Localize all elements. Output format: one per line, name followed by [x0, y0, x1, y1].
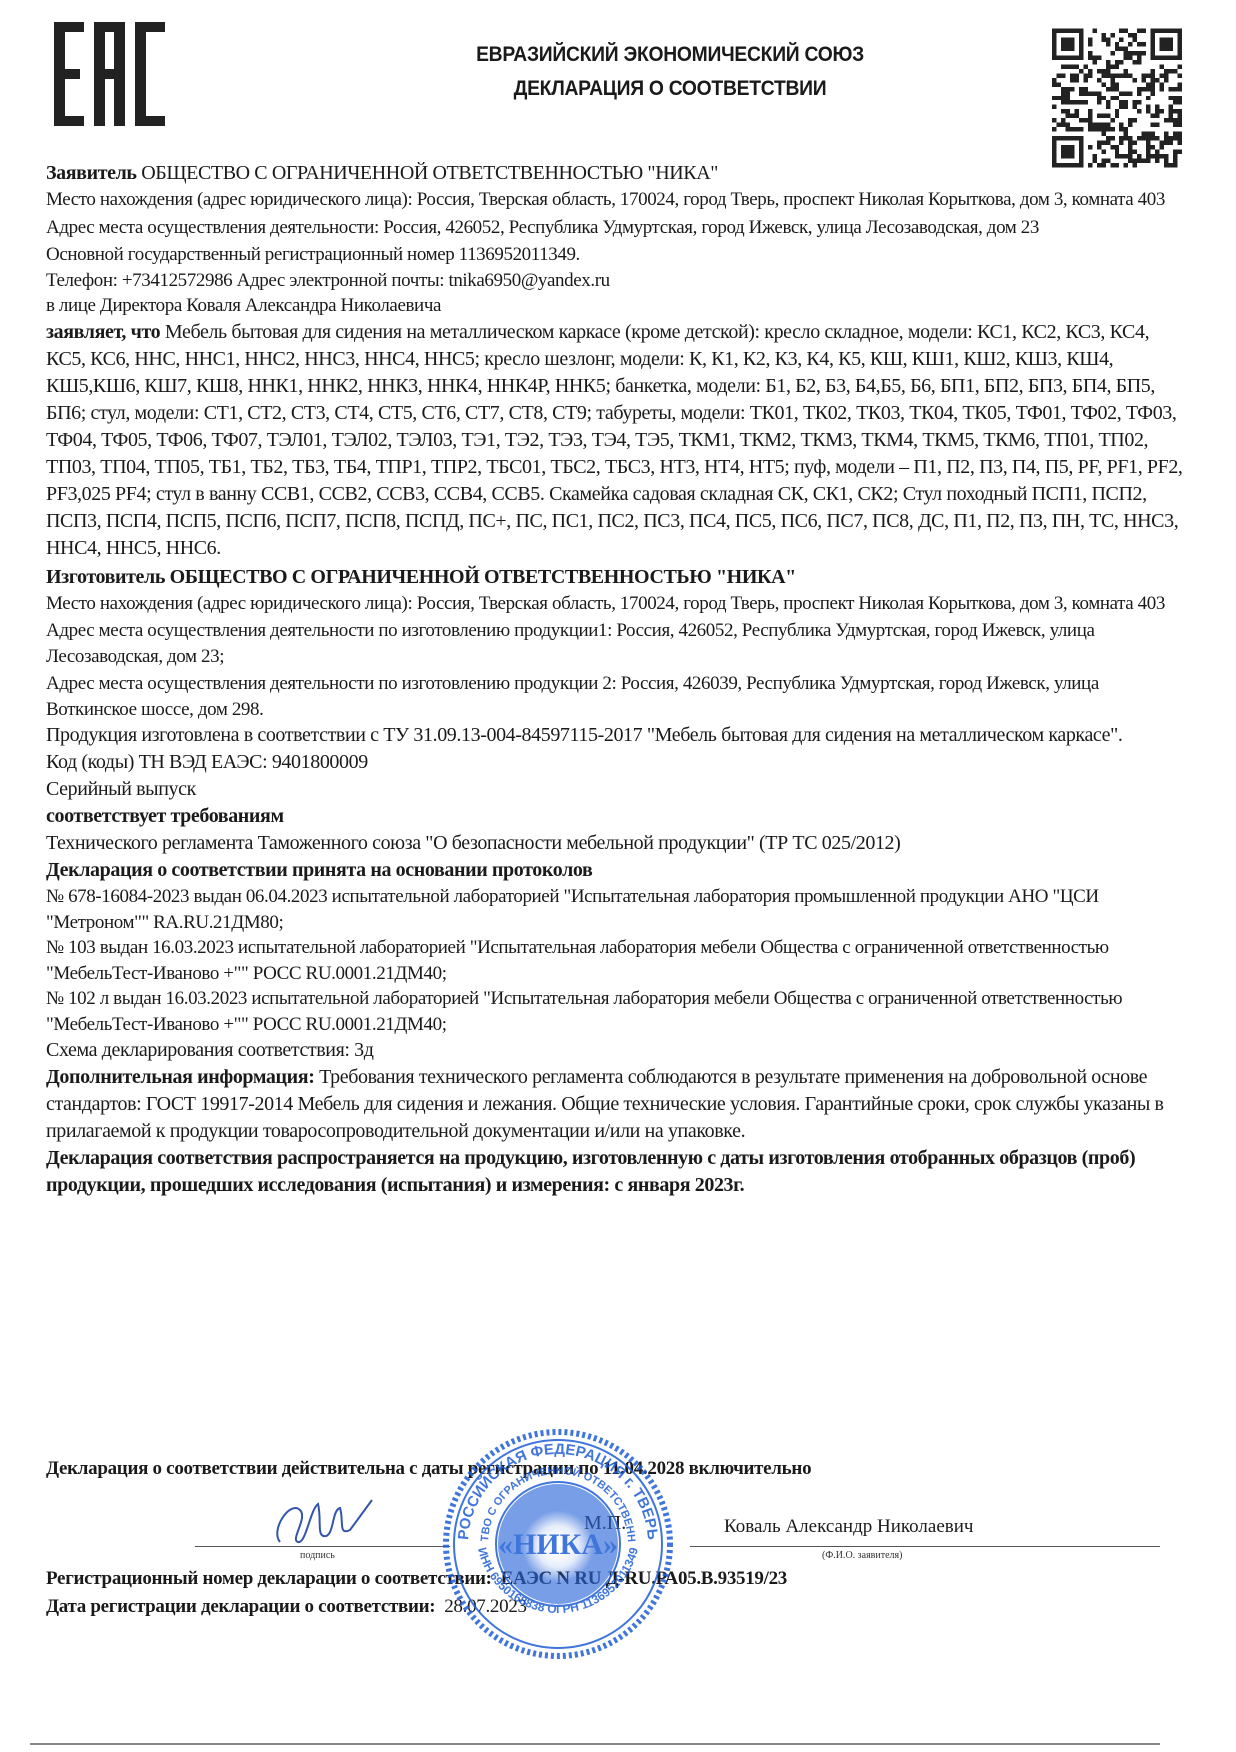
protocol-item: № 678-16084-2023 выдан 06.04.2023 испыта…	[46, 884, 1186, 935]
header-title-line2: ДЕКЛАРАЦИЯ О СООТВЕТСТВИИ	[385, 72, 955, 106]
manufacturer-legal-address: Место нахождения (адрес юридического лиц…	[46, 591, 1186, 617]
protocols-label: Декларация о соответствии принята на осн…	[46, 857, 1186, 884]
declaration-scheme: Схема декларирования соответствия: 3д	[46, 1037, 1186, 1064]
applicant-legal-address: Место нахождения (адрес юридического лиц…	[46, 187, 1186, 213]
manufacturer-production-address-1: Адрес места осуществления деятельности п…	[46, 618, 1186, 669]
signature-icon	[260, 1490, 390, 1550]
additional-info-label: Дополнительная информация:	[46, 1066, 314, 1088]
bottom-rule	[30, 1743, 1160, 1745]
product-release-type: Серийный выпуск	[46, 776, 1186, 803]
manufacturer-label: Изготовитель	[46, 566, 165, 588]
conformity-label: соответствует требованиям	[46, 803, 1186, 830]
applicant-label: Заявитель	[46, 162, 137, 184]
declaration-page: ЕВРАЗИЙСКИЙ ЭКОНОМИЧЕСКИЙ СОЮЗ ДЕКЛАРАЦИ…	[0, 0, 1236, 1752]
declared-products: Мебель бытовая для сидения на металличес…	[46, 321, 1183, 559]
applicant-ogrn: Основной государственный регистрационный…	[46, 242, 1186, 268]
declares-label: заявляет, что	[46, 321, 160, 343]
manufacturer-name: ОБЩЕСТВО С ОГРАНИЧЕННОЙ ОТВЕТСТВЕННОСТЬЮ…	[170, 566, 796, 588]
header-title-line1: ЕВРАЗИЙСКИЙ ЭКОНОМИЧЕСКИЙ СОЮЗ	[385, 38, 955, 72]
product-standard: Продукция изготовлена в соответствии с Т…	[46, 722, 1186, 749]
protocol-item: № 103 выдан 16.03.2023 испытательной лаб…	[46, 935, 1186, 986]
product-hs-code: Код (коды) ТН ВЭД ЕАЭС: 9401800009	[46, 749, 1186, 776]
signer-line	[690, 1546, 1160, 1547]
registration-number-label: Регистрационный номер декларации о соотв…	[46, 1568, 492, 1589]
declaration-scope: Декларация соответствия распространяется…	[46, 1145, 1186, 1199]
applicant-name: ОБЩЕСТВО С ОГРАНИЧЕННОЙ ОТВЕТСТВЕННОСТЬЮ…	[141, 162, 718, 184]
validity-statement: Декларация о соответствии действительна …	[46, 1458, 811, 1480]
eac-logo-icon	[50, 22, 170, 126]
applicant-represented-by: в лице Директора Коваля Александра Никол…	[46, 293, 1186, 319]
applicant-contacts: Телефон: +73412572986 Адрес электронной …	[46, 268, 1186, 294]
svg-text:«НИКА»: «НИКА»	[498, 1528, 618, 1561]
signer-caption: (Ф.И.О. заявителя)	[822, 1550, 902, 1561]
manufacturer-production-address-2: Адрес места осуществления деятельности п…	[46, 671, 1186, 722]
signature-caption: подпись	[300, 1550, 335, 1561]
document-header: ЕВРАЗИЙСКИЙ ЭКОНОМИЧЕСКИЙ СОЮЗ ДЕКЛАРАЦИ…	[385, 38, 955, 106]
protocol-item: № 102 л выдан 16.03.2023 испытательной л…	[46, 986, 1186, 1037]
signature-line	[195, 1546, 450, 1547]
applicant-activity-address: Адрес места осуществления деятельности: …	[46, 215, 1186, 241]
registration-date-label: Дата регистрации декларации о соответств…	[46, 1596, 435, 1617]
conformity-regulation: Технического регламента Таможенного союз…	[46, 830, 1186, 857]
declaration-body: Заявитель ОБЩЕСТВО С ОГРАНИЧЕННОЙ ОТВЕТС…	[46, 160, 1186, 1199]
qr-code-icon[interactable]	[1052, 28, 1182, 168]
company-stamp-icon: РОССИЙСКАЯ ФЕДЕРАЦИЯ г. ТВЕРЬ ОБЩЕСТВО С…	[438, 1424, 678, 1664]
signer-name: Коваль Александр Николаевич	[724, 1516, 973, 1538]
protocol-list: № 678-16084-2023 выдан 06.04.2023 испыта…	[46, 884, 1186, 1037]
